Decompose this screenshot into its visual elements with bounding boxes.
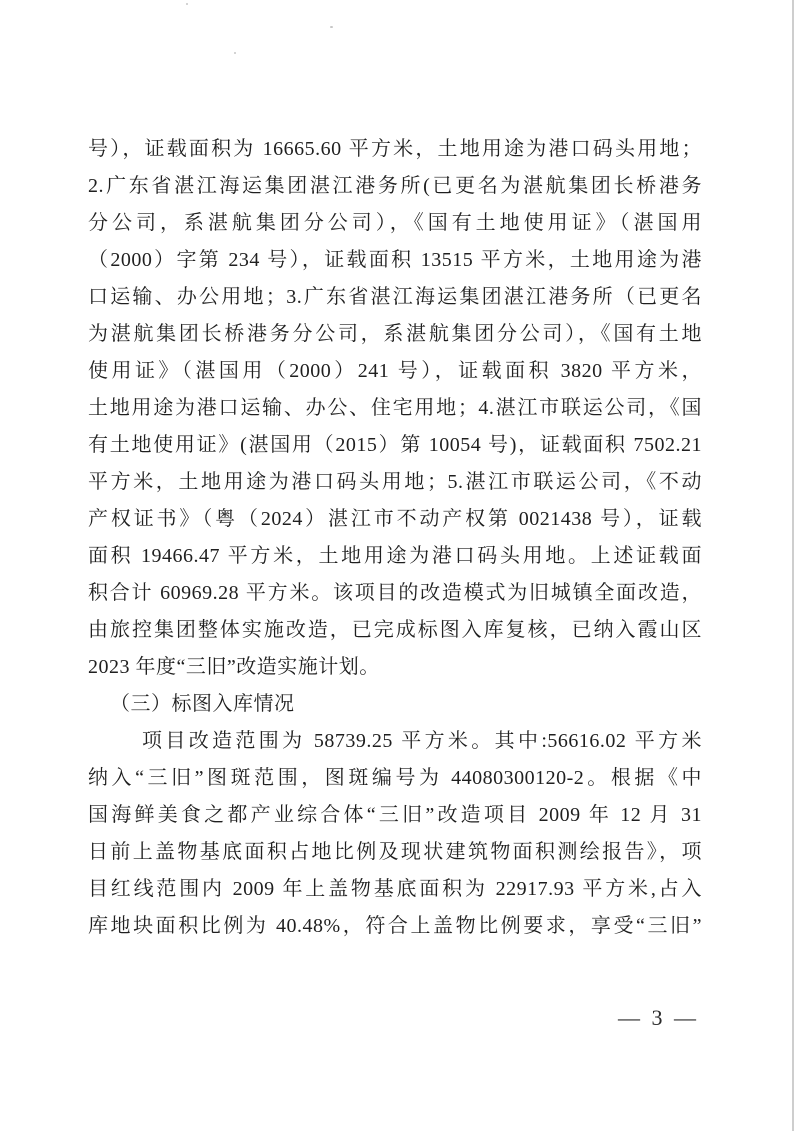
text-line: 号），证载面积为 16665.60 平方米，土地用途为港口码头用地； <box>88 131 702 168</box>
scanner-edge-artifact <box>792 0 794 1131</box>
scan-speck <box>234 52 236 54</box>
scan-speck <box>186 3 188 5</box>
text-line: 平方米，土地用途为港口码头用地；5.湛江市联运公司，《不动 <box>88 464 702 501</box>
page-number: — 3 — <box>618 1005 699 1031</box>
text-line: 口运输、办公用地；3.广东省湛江海运集团湛江港务所（已更名 <box>88 279 702 316</box>
text-line: 纳入“三旧”图斑范围，图斑编号为 44080300120-2。根据《中 <box>88 760 702 797</box>
text-line: 目红线范围内 2009 年上盖物基底面积为 22917.93 平方米,占入 <box>88 871 702 908</box>
text-line: 产权证书》（粤（2024）湛江市不动产权第 0021438 号），证载 <box>88 501 702 538</box>
text-line: （2000）字第 234 号），证载面积 13515 平方米，土地用途为港 <box>88 242 702 279</box>
text-line: 国海鲜美食之都产业综合体“三旧”改造项目 2009 年 12 月 31 <box>88 797 702 834</box>
text-line: 由旅控集团整体实施改造，已完成标图入库复核，已纳入霞山区 <box>88 612 702 649</box>
text-line: 2023 年度“三旧”改造实施计划。 <box>88 649 702 686</box>
text-line: 有土地使用证》(湛国用（2015）第 10054 号)，证载面积 7502.21 <box>88 427 702 464</box>
document-page: 号），证载面积为 16665.60 平方米，土地用途为港口码头用地； 2.广东省… <box>0 0 800 1131</box>
text-line: 2.广东省湛江海运集团湛江港务所(已更名为湛航集团长桥港务 <box>88 168 702 205</box>
text-line: 面积 19466.47 平方米，土地用途为港口码头用地。上述证载面 <box>88 538 702 575</box>
text-line: 土地用途为港口运输、办公、住宅用地；4.湛江市联运公司，《国 <box>88 390 702 427</box>
text-line: 日前上盖物基底面积占地比例及现状建筑物面积测绘报告》，项 <box>88 834 702 871</box>
text-line: 为湛航集团长桥港务分公司，系湛航集团分公司），《国有土地 <box>88 316 702 353</box>
text-line: 库地块面积比例为 40.48%，符合上盖物比例要求，享受“三旧” <box>88 908 702 945</box>
text-line: 积合计 60969.28 平方米。该项目的改造模式为旧城镇全面改造， <box>88 575 702 612</box>
section-heading: （三）标图入库情况 <box>88 686 702 723</box>
text-line: 使用证》（湛国用（2000）241 号），证载面积 3820 平方米， <box>88 353 702 390</box>
document-body: 号），证载面积为 16665.60 平方米，土地用途为港口码头用地； 2.广东省… <box>88 131 702 945</box>
text-line: 分公司，系湛航集团分公司），《国有土地使用证》（湛国用 <box>88 205 702 242</box>
scan-speck <box>330 26 333 28</box>
text-line: 项目改造范围为 58739.25 平方米。其中:56616.02 平方米 <box>88 723 702 760</box>
